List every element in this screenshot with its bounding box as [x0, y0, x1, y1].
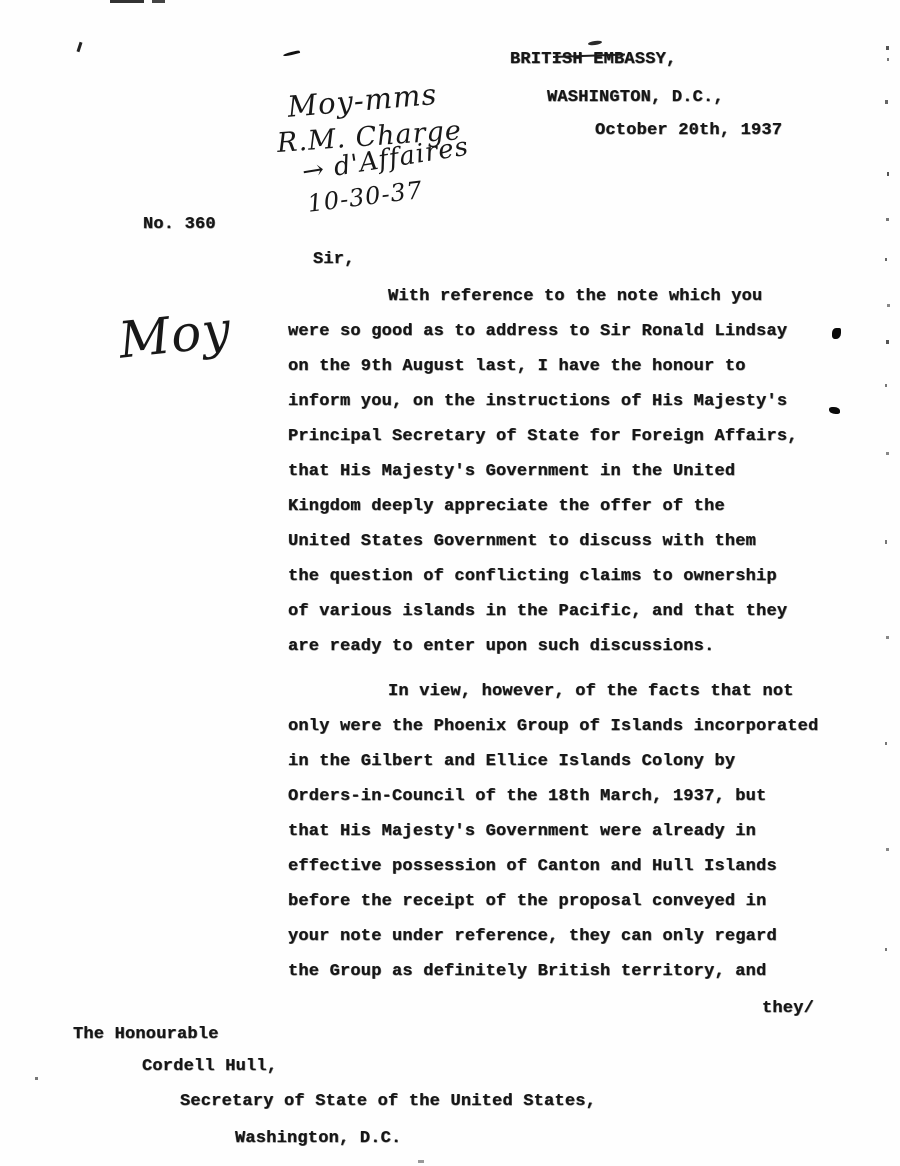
scan-noise-speck [887, 172, 889, 176]
scan-noise-speck [886, 452, 889, 455]
scan-noise-speck [885, 258, 887, 261]
scan-noise-speck [886, 340, 889, 344]
body-line: that His Majesty's Government in the Uni… [288, 454, 848, 489]
handwritten-note-initials: Moy-mms [286, 77, 439, 124]
body-line: your note under reference, they can only… [288, 919, 848, 954]
letterhead-city: WASHINGTON, D.C., [547, 89, 724, 106]
scan-noise-speck [887, 304, 890, 307]
scan-noise-speck [887, 58, 889, 61]
body-line: in the Gilbert and Ellice Islands Colony… [288, 744, 848, 779]
scan-noise-speck [885, 742, 887, 745]
body-line: that His Majesty's Government were alrea… [288, 814, 848, 849]
body-paragraph-1: With reference to the note which you wer… [288, 279, 848, 664]
body-line: inform you, on the instructions of His M… [288, 384, 848, 419]
salutation: Sir, [313, 251, 355, 268]
body-line: before the receipt of the proposal conve… [288, 884, 848, 919]
ink-blot [829, 407, 840, 414]
scan-noise-speck [885, 948, 887, 951]
body-line: Principal Secretary of State for Foreign… [288, 419, 848, 454]
body-line: In view, however, of the facts that not [288, 674, 848, 709]
handwritten-margin-note: Moy [116, 300, 234, 369]
body-line: Orders-in-Council of the 18th March, 193… [288, 779, 848, 814]
body-line: the question of conflicting claims to ow… [288, 559, 848, 594]
scan-noise-speck [588, 40, 602, 46]
body-line: effective possession of Canton and Hull … [288, 849, 848, 884]
letterhead-date: October 20th, 1937 [595, 122, 782, 139]
body-line: United States Government to discuss with… [288, 524, 848, 559]
scan-noise-speck [885, 100, 888, 104]
scan-noise-speck [885, 540, 887, 544]
body-line: of various islands in the Pacific, and t… [288, 594, 848, 629]
addressee-title: Secretary of State of the United States, [180, 1093, 596, 1110]
letterhead-organization: BRITISH EMBASSY, [510, 51, 676, 68]
scan-noise-speck [886, 46, 889, 50]
body-paragraph-2: In view, however, of the facts that not … [288, 674, 848, 989]
scan-noise-speck [885, 384, 887, 387]
body-line: are ready to enter upon such discussions… [288, 629, 848, 664]
addressee-honorific: The Honourable [73, 1026, 219, 1043]
addressee-city: Washington, D.C. [235, 1130, 401, 1147]
body-line: only were the Phoenix Group of Islands i… [288, 709, 848, 744]
body-line: Kingdom deeply appreciate the offer of t… [288, 489, 848, 524]
scan-noise-speck [886, 848, 889, 851]
body-line: the Group as definitely British territor… [288, 954, 848, 989]
scan-noise-speck [418, 1160, 424, 1163]
scan-noise-speck [152, 0, 165, 3]
scan-noise-speck [110, 0, 144, 3]
scan-noise-speck [283, 50, 300, 57]
body-line: With reference to the note which you [288, 279, 848, 314]
scanned-letter-page: BRITISH EMBASSY, WASHINGTON, D.C., Octob… [0, 0, 900, 1166]
addressee-name: Cordell Hull, [142, 1058, 277, 1075]
body-line: on the 9th August last, I have the honou… [288, 349, 848, 384]
scan-noise-speck [886, 218, 889, 221]
body-line: were so good as to address to Sir Ronald… [288, 314, 848, 349]
catchword: they/ [762, 1000, 814, 1017]
reference-number: No. 360 [143, 216, 216, 233]
scan-noise-speck [35, 1077, 38, 1080]
scan-noise-speck [77, 42, 83, 52]
scan-noise-speck [886, 636, 889, 639]
